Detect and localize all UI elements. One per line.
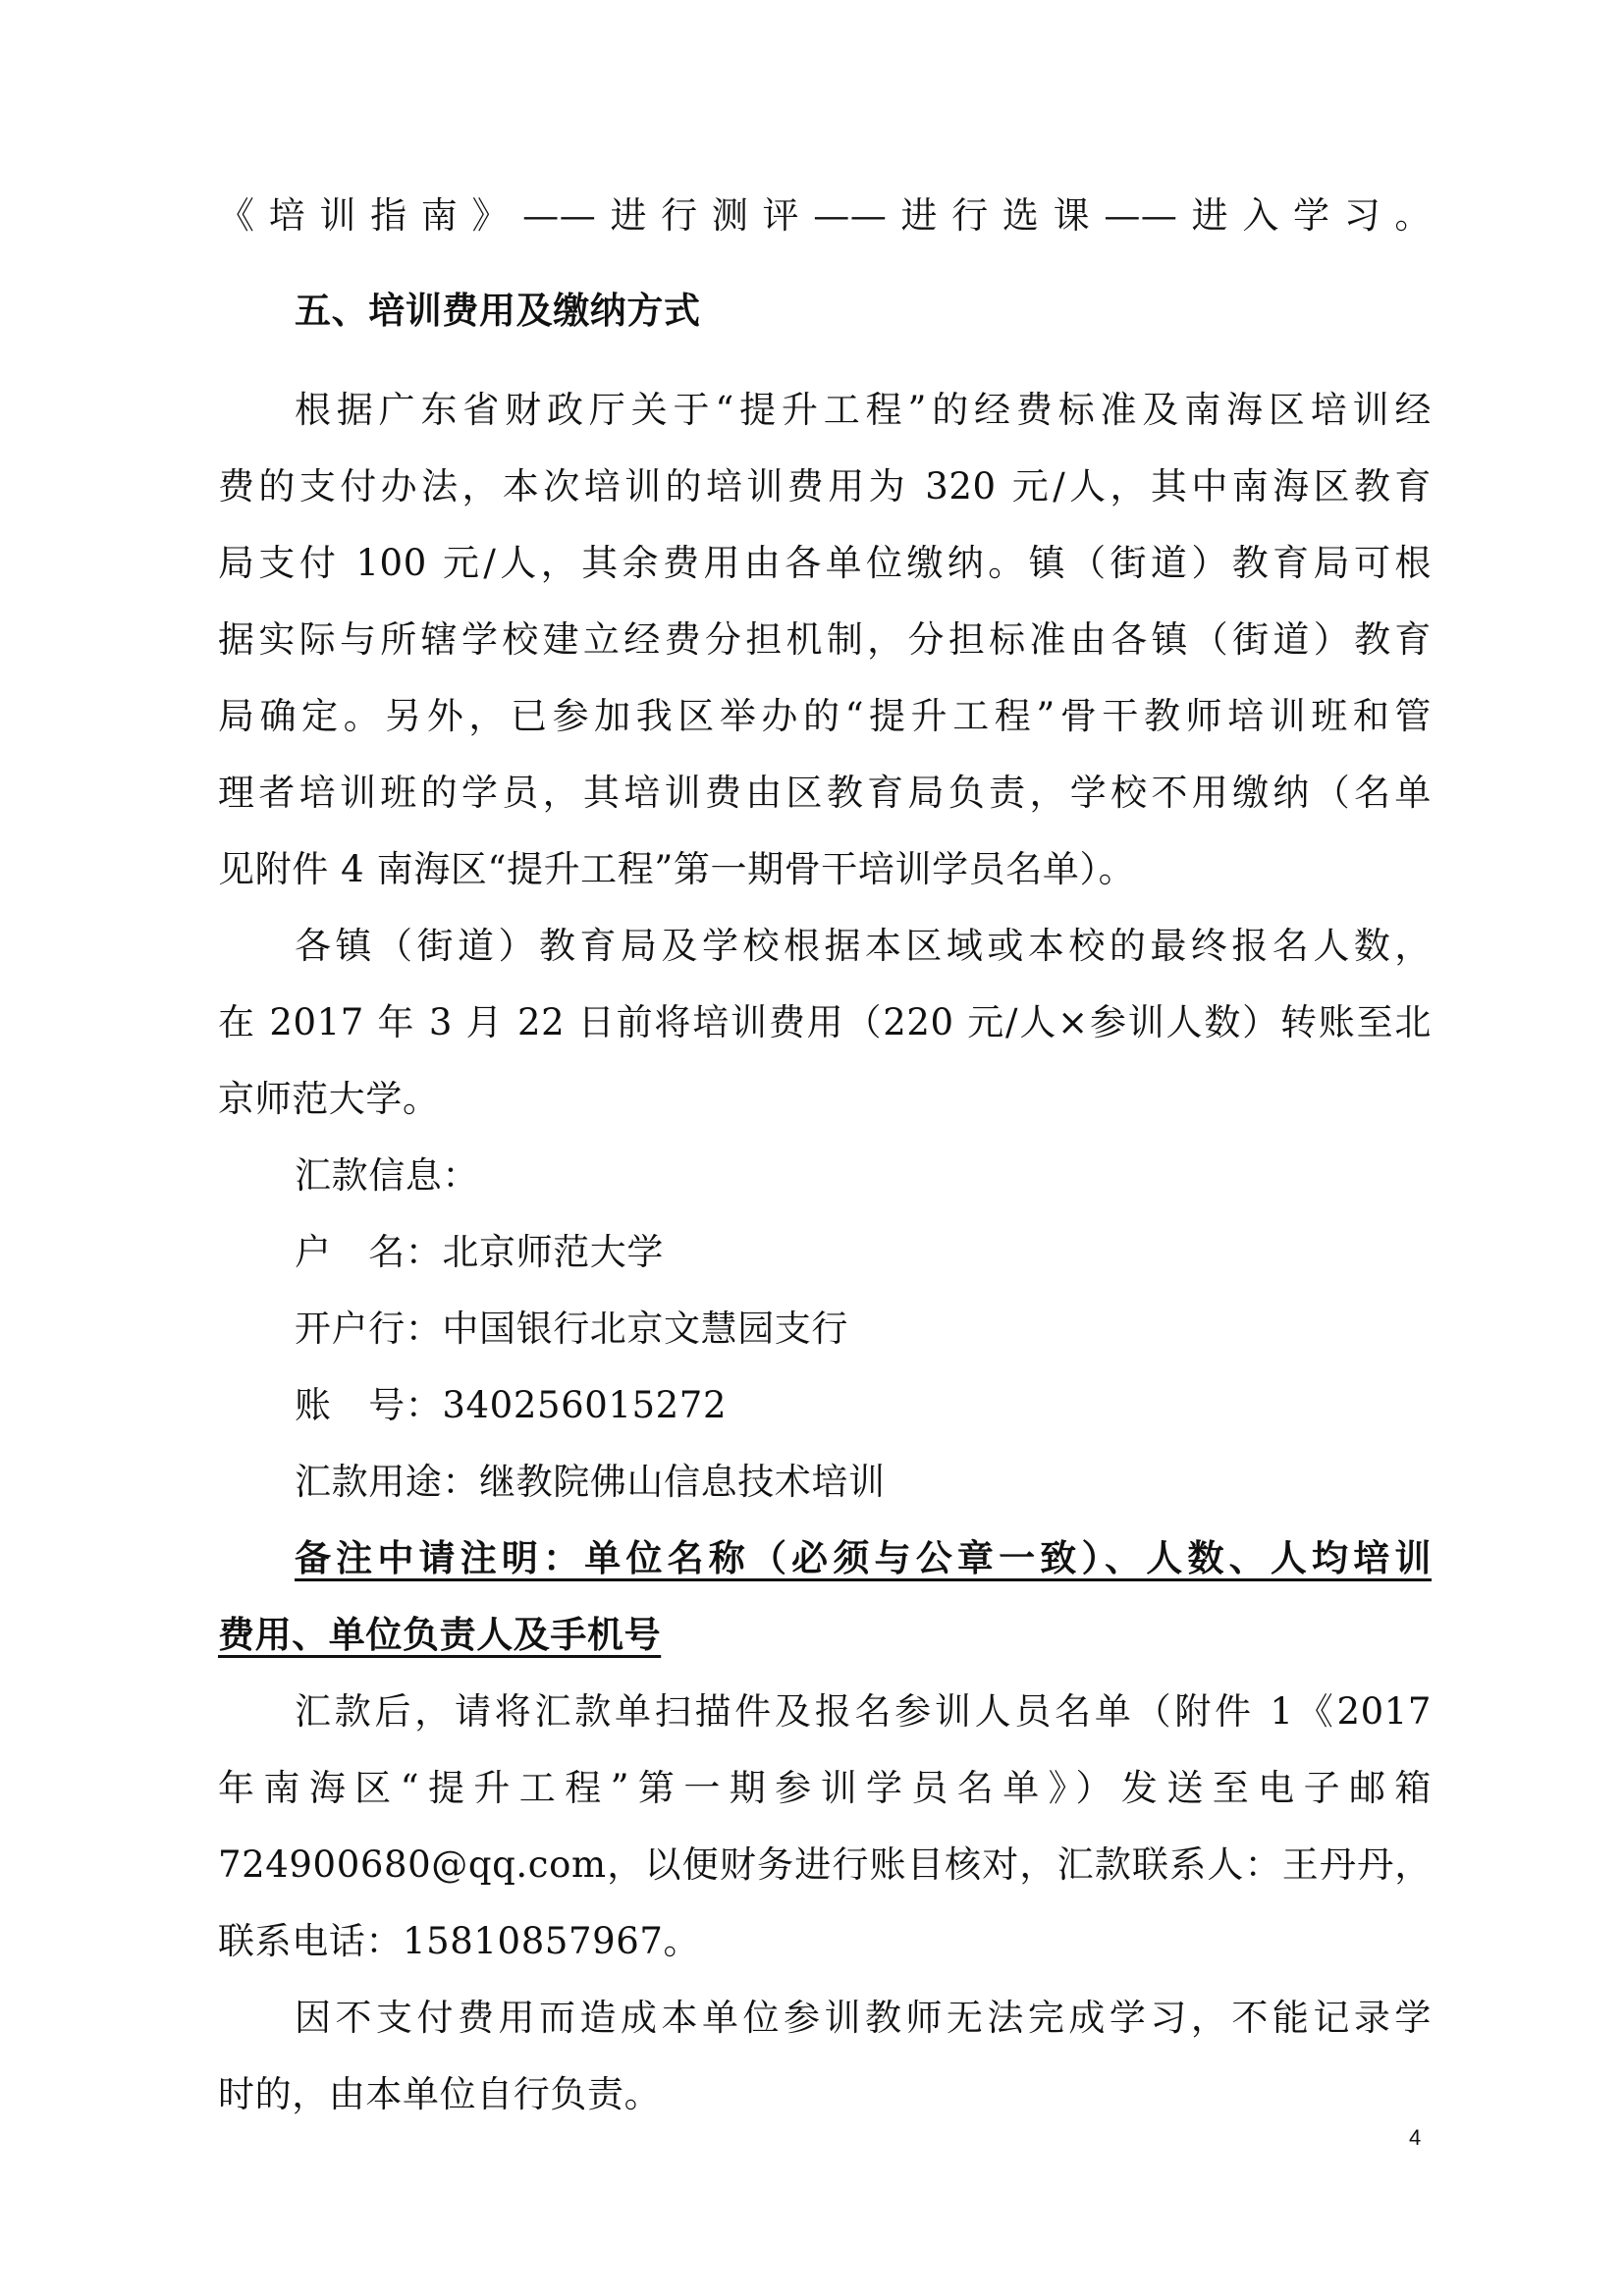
paragraph-line: 根据广东省财政厅关于“提升工程”的经费标准及南海区培训经 (295, 381, 1432, 440)
paragraph-line: 据实际与所辖学校建立经费分担机制，分担标准由各镇（街道）教育 (218, 611, 1432, 669)
remittance-account-number: 账 号：340256015272 (295, 1376, 727, 1435)
paragraph-line: 在 2017 年 3 月 22 日前将培训费用（220 元/人×参训人数）转账至… (218, 993, 1432, 1052)
bank-label: 开户行： (295, 1308, 442, 1350)
remittance-account-name: 户 名：北京师范大学 (295, 1223, 664, 1282)
remittance-bank: 开户行：中国银行北京文慧园支行 (295, 1300, 848, 1359)
remittance-purpose: 汇款用途：继教院佛山信息技术培训 (295, 1453, 886, 1512)
paragraph-line: 各镇（街道）教育局及学校根据本区域或本校的最终报名人数， (295, 917, 1432, 976)
page-number: 4 (1409, 2125, 1421, 2151)
paragraph-line: 京师范大学。 (218, 1070, 440, 1129)
paragraph-line: 724900680@qq.com，以便财务进行账目核对，汇款联系人：王丹丹， (218, 1836, 1432, 1895)
paragraph-line: 联系电话：15810857967。 (218, 1912, 700, 1971)
paragraph-line: 因不支付费用而造成本单位参训教师无法完成学习，不能记录学 (295, 1989, 1432, 2048)
account-name-value: 北京师范大学 (442, 1231, 664, 1273)
paragraph-line: 局确定。另外，已参加我区举办的“提升工程”骨干教师培训班和管 (218, 687, 1432, 746)
paragraph-line: 汇款后，请将汇款单扫描件及报名参训人员名单（附件 1《2017 (295, 1682, 1432, 1741)
purpose-value: 继教院佛山信息技术培训 (479, 1461, 886, 1503)
account-number-value: 340256015272 (442, 1384, 727, 1426)
paragraph-line: 费的支付办法，本次培训的培训费用为 320 元/人，其中南海区教育 (218, 457, 1432, 516)
paragraph-line: 局支付 100 元/人，其余费用由各单位缴纳。镇（街道）教育局可根 (218, 534, 1432, 593)
account-number-label: 账 号： (295, 1384, 442, 1426)
paragraph-line: 理者培训班的学员，其培训费由区教育局负责，学校不用缴纳（名单 (218, 764, 1432, 823)
paragraph-line: 《培训指南》——进行测评——进行选课——进入学习。 (218, 187, 1432, 245)
paragraph-line: 见附件 4 南海区“提升工程”第一期骨干培训学员名单）。 (218, 840, 1135, 899)
remark-note-line: 费用、单位负责人及手机号 (218, 1606, 661, 1665)
bank-value: 中国银行北京文慧园支行 (442, 1308, 848, 1350)
remark-note-line: 备注中请注明：单位名称（必须与公章一致）、人数、人均培训 (295, 1529, 1432, 1588)
paragraph-line: 年南海区“提升工程”第一期参训学员名单》）发送至电子邮箱 (218, 1759, 1432, 1818)
account-name-label: 户 名： (295, 1231, 442, 1273)
paragraph-line: 时的，由本单位自行负责。 (218, 2065, 661, 2124)
section-heading: 五、培训费用及缴纳方式 (295, 282, 701, 341)
purpose-label: 汇款用途： (295, 1461, 479, 1503)
remittance-title: 汇款信息： (295, 1147, 479, 1205)
